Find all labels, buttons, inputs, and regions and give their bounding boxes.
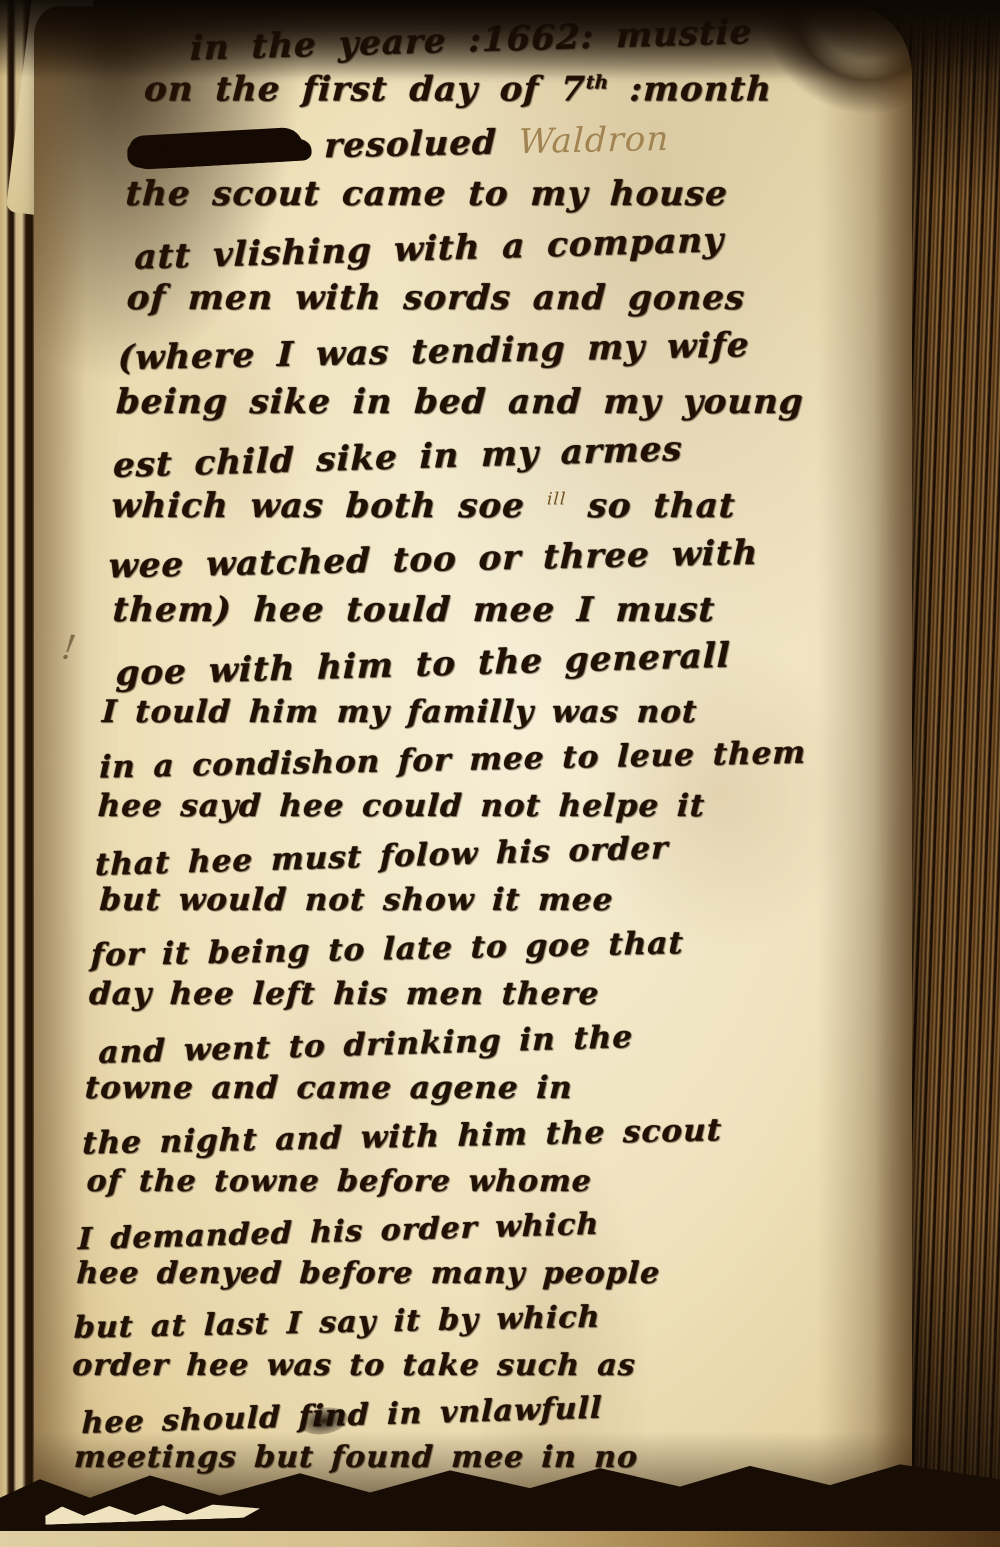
handwritten-line: wee watched too or three with bbox=[108, 529, 920, 598]
text-segment: I tould him my familly was not bbox=[101, 694, 698, 730]
crossed-out-word: xxxxxxx bbox=[129, 127, 302, 171]
text-segment: which was both soe bbox=[110, 486, 547, 526]
handwritten-line: in a condishon for mee to leue them bbox=[98, 733, 910, 797]
handwritten-line: which was both soe ill so that bbox=[110, 486, 922, 538]
superscript-text: th bbox=[585, 71, 608, 93]
text-segment: the night and with him the scout bbox=[82, 1112, 723, 1161]
text-segment: the scout came to my house bbox=[124, 174, 728, 214]
text-segment: goe with him to the generall bbox=[115, 636, 731, 694]
text-segment: for it being to late to goe that bbox=[90, 925, 684, 973]
text-segment: meetings but found mee in no bbox=[73, 1440, 639, 1475]
text-segment: wee watched too or three with bbox=[108, 533, 759, 587]
text-segment: resolued bbox=[302, 122, 519, 167]
text-segment: hee denyed before many people bbox=[76, 1256, 662, 1291]
text-segment: hee sayd hee could not helpe it bbox=[97, 788, 706, 824]
text-segment: day hee left his men there bbox=[88, 976, 600, 1012]
text-segment: but at last I say it by which bbox=[73, 1300, 601, 1346]
inserted-word: ill bbox=[546, 490, 566, 510]
handwritten-line: towne and came agene in bbox=[83, 1070, 895, 1117]
text-segment: towne and came agene in bbox=[84, 1070, 574, 1106]
text-segment: on the first day of 7 bbox=[143, 70, 586, 110]
handwritten-line: (where I was tending my wife bbox=[117, 321, 929, 390]
text-segment: in a condishon for mee to leue them bbox=[99, 735, 807, 786]
handwritten-line: I tould him my familly was not bbox=[100, 694, 912, 741]
text-segment: I demanded his order which bbox=[78, 1207, 600, 1257]
text-segment: that hee must folow his order bbox=[95, 830, 669, 883]
text-segment: of men with sords and gones bbox=[126, 278, 746, 318]
faded-word: Waldron bbox=[518, 119, 670, 162]
text-segment: and went to drinking in the bbox=[98, 1019, 633, 1071]
text-segment: :month bbox=[607, 70, 773, 110]
manuscript-lines: in the yeare :1662: mustieon the first d… bbox=[67, 15, 944, 1489]
handwritten-line: for it being to late to goe that bbox=[90, 921, 902, 985]
handwritten-line: the night and with him the scout bbox=[81, 1109, 893, 1173]
handwritten-line: but would not show it mee bbox=[98, 882, 904, 929]
text-segment: being sike in bed and my young bbox=[115, 382, 805, 422]
manuscript-photo: in the yeare :1662: mustieon the first d… bbox=[0, 0, 1000, 1547]
handwritten-line: on the first day of 7th :month bbox=[143, 70, 941, 122]
text-segment: est child sike in my armes bbox=[113, 429, 683, 486]
text-segment: (where I was tending my wife bbox=[117, 325, 750, 378]
text-segment: but would not show it mee bbox=[99, 882, 615, 918]
text-segment: in the yeare :1662: mustie bbox=[190, 12, 753, 69]
handwritten-line: xxxxxxx resolued Waldron bbox=[128, 113, 938, 182]
text-segment: them) hee tould mee I must bbox=[112, 590, 717, 630]
text-segment: order hee was to take such as bbox=[71, 1348, 636, 1383]
text-segment: of the towne before whome bbox=[86, 1164, 593, 1199]
handwritten-line: of men with sords and gones bbox=[125, 278, 931, 330]
text-segment: so that bbox=[565, 486, 737, 526]
text-segment: att vlishing with a company bbox=[134, 220, 724, 277]
